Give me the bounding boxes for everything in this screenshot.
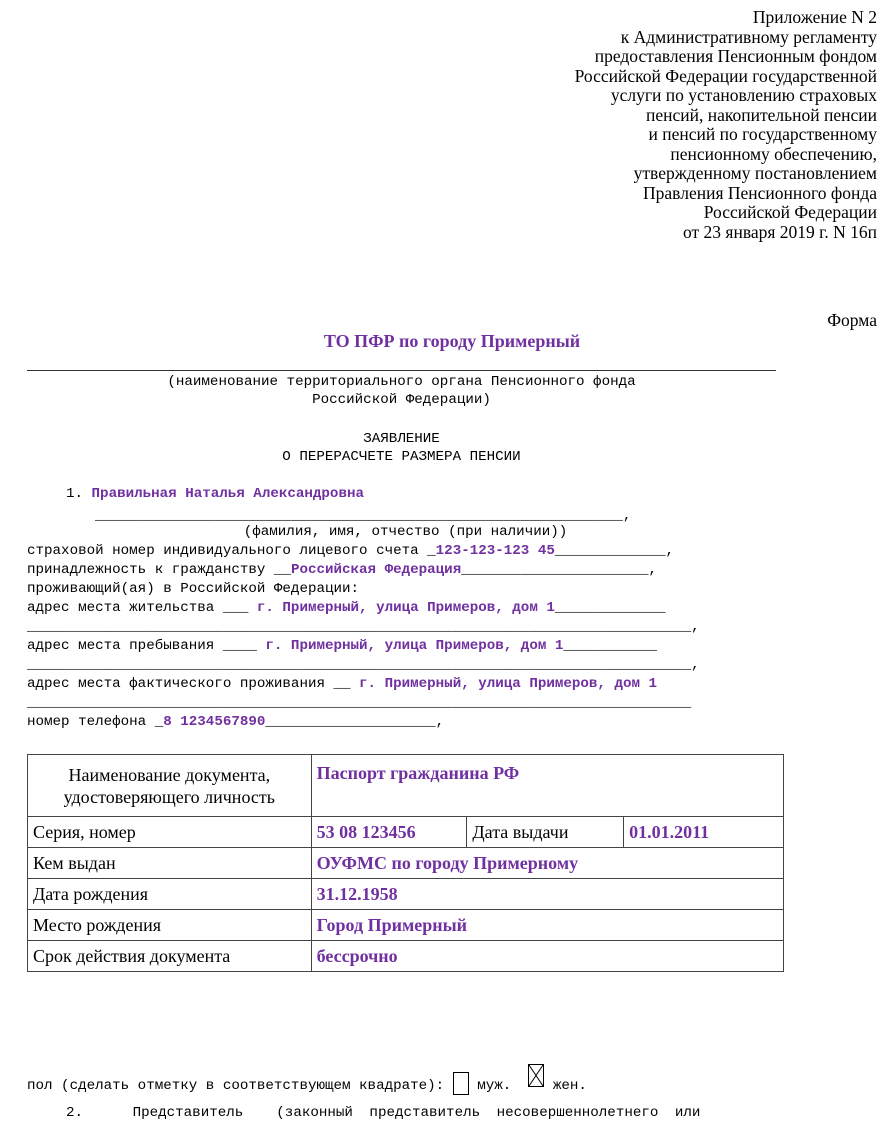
actual-underline-2: ________________________________________… bbox=[27, 694, 691, 712]
residence-underline: _____________ bbox=[555, 600, 666, 616]
applicant-name-field[interactable]: Правильная Наталья Александровна bbox=[92, 486, 364, 502]
organization-caption: (наименование территориального органа Пе… bbox=[27, 373, 776, 409]
header-line: услуги по установлению страховых bbox=[575, 86, 877, 106]
issued-by-value[interactable]: ОУФМС по городу Примерному bbox=[311, 848, 783, 879]
birth-date-label: Дата рождения bbox=[28, 879, 312, 910]
validity-value[interactable]: бессрочно bbox=[311, 941, 783, 972]
gender-row: пол (сделать отметку в соответствующем к… bbox=[27, 1064, 587, 1095]
checkbox-x-mark-icon bbox=[529, 1065, 543, 1086]
caption-line: (наименование территориального органа Пе… bbox=[27, 373, 776, 391]
applicant-name-row: 1. Правильная Наталья Александровна bbox=[66, 485, 364, 503]
header-line: Правления Пенсионного фонда bbox=[575, 184, 877, 204]
table-row: Кем выдан ОУФМС по городу Примерному bbox=[28, 848, 784, 879]
document-title: ЗАЯВЛЕНИЕ О ПЕРЕРАСЧЕТЕ РАЗМЕРА ПЕНСИИ bbox=[27, 430, 776, 466]
citizenship-label: принадлежность к гражданству __ bbox=[27, 562, 291, 578]
table-row: Наименование документа, удостоверяющего … bbox=[28, 755, 784, 817]
doc-name-value[interactable]: Паспорт гражданина РФ bbox=[311, 755, 783, 817]
organization-name[interactable]: ТО ПФР по городу Примерный bbox=[0, 331, 884, 352]
phone-underline: ____________________, bbox=[265, 714, 444, 730]
phone-label: номер телефона _ bbox=[27, 714, 163, 730]
snils-field[interactable]: 123-123-123 45 bbox=[436, 543, 555, 559]
series-value[interactable]: 53 08 123456 bbox=[311, 817, 467, 848]
stay-address-field[interactable]: г. Примерный, улица Примеров, дом 1 bbox=[265, 638, 563, 654]
header-line: Российской Федерации государственной bbox=[575, 67, 877, 87]
birth-place-label: Место рождения bbox=[28, 910, 312, 941]
residence-underline-2: ________________________________________… bbox=[27, 618, 700, 636]
series-label: Серия, номер bbox=[28, 817, 312, 848]
stay-underline-2: ________________________________________… bbox=[27, 656, 700, 674]
header-line: Российской Федерации bbox=[575, 203, 877, 223]
caption-line: Российской Федерации) bbox=[27, 391, 776, 409]
residence-row: адрес места жительства ___ г. Примерный,… bbox=[27, 599, 666, 617]
header-line: от 23 января 2019 г. N 16п bbox=[575, 223, 877, 243]
snils-row: страховой номер индивидуального лицевого… bbox=[27, 542, 674, 560]
table-row: Дата рождения 31.12.1958 bbox=[28, 879, 784, 910]
header-line: пенсий, накопительной пенсии bbox=[575, 106, 877, 126]
title-line: ЗАЯВЛЕНИЕ bbox=[27, 430, 776, 448]
gender-male-checkbox[interactable] bbox=[453, 1072, 469, 1095]
identity-document-table: Наименование документа, удостоверяющего … bbox=[27, 754, 784, 972]
citizenship-row: принадлежность к гражданству __Российска… bbox=[27, 561, 657, 579]
issue-date-label: Дата выдачи bbox=[467, 817, 624, 848]
header-line: к Административному регламенту bbox=[575, 28, 877, 48]
header-line: пенсионному обеспечению, bbox=[575, 145, 877, 165]
actual-address-field[interactable]: г. Примерный, улица Примеров, дом 1 bbox=[359, 676, 657, 692]
validity-label: Срок действия документа bbox=[28, 941, 312, 972]
citizenship-underline: ______________________, bbox=[461, 562, 657, 578]
header-line: предоставления Пенсионным фондом bbox=[575, 47, 877, 67]
stay-underline: ___________ bbox=[563, 638, 657, 654]
birth-date-value[interactable]: 31.12.1958 bbox=[311, 879, 783, 910]
gender-female-checkbox[interactable] bbox=[528, 1064, 544, 1087]
table-row: Срок действия документа бессрочно bbox=[28, 941, 784, 972]
representative-text: Представитель (законный представитель не… bbox=[133, 1105, 701, 1121]
stay-label: адрес места пребывания ____ bbox=[27, 638, 265, 654]
subtitle-line: О ПЕРЕРАСЧЕТЕ РАЗМЕРА ПЕНСИИ bbox=[27, 448, 776, 466]
gender-female-label: жен. bbox=[544, 1078, 587, 1094]
item-number: 1. bbox=[66, 486, 83, 502]
residence-label: адрес места жительства ___ bbox=[27, 600, 257, 616]
item-number: 2. bbox=[66, 1105, 83, 1121]
stay-row: адрес места пребывания ____ г. Примерный… bbox=[27, 637, 657, 655]
residence-address-field[interactable]: г. Примерный, улица Примеров, дом 1 bbox=[257, 600, 555, 616]
regulation-header: Приложение N 2 к Административному регла… bbox=[575, 8, 877, 242]
birth-place-value[interactable]: Город Примерный bbox=[311, 910, 783, 941]
form-label: Форма bbox=[827, 310, 877, 331]
name-caption: (фамилия, имя, отчество (при наличии)) bbox=[27, 523, 784, 541]
issue-date-value[interactable]: 01.01.2011 bbox=[624, 817, 784, 848]
header-line: утвержденному постановлением bbox=[575, 164, 877, 184]
actual-address-label: адрес места фактического проживания __ bbox=[27, 676, 359, 692]
header-line: и пенсий по государственному bbox=[575, 125, 877, 145]
citizenship-field[interactable]: Российская Федерация bbox=[291, 562, 461, 578]
gender-male-label: муж. bbox=[469, 1078, 512, 1094]
table-row: Серия, номер 53 08 123456 Дата выдачи 01… bbox=[28, 817, 784, 848]
issued-by-label: Кем выдан bbox=[28, 848, 312, 879]
phone-row: номер телефона _8 1234567890____________… bbox=[27, 713, 444, 731]
snils-label: страховой номер индивидуального лицевого… bbox=[27, 543, 436, 559]
actual-address-row: адрес места фактического проживания __ г… bbox=[27, 675, 657, 693]
header-line: Приложение N 2 bbox=[575, 8, 877, 28]
organization-underline bbox=[27, 370, 776, 371]
table-row: Место рождения Город Примерный bbox=[28, 910, 784, 941]
phone-field[interactable]: 8 1234567890 bbox=[163, 714, 265, 730]
representative-row: 2. Представитель (законный представитель… bbox=[66, 1104, 700, 1122]
residing-label: проживающий(ая) в Российской Федерации: bbox=[27, 580, 359, 598]
doc-name-label: Наименование документа, удостоверяющего … bbox=[28, 755, 312, 817]
snils-underline: _____________, bbox=[555, 543, 674, 559]
gender-label: пол (сделать отметку в соответствующем к… bbox=[27, 1078, 453, 1094]
